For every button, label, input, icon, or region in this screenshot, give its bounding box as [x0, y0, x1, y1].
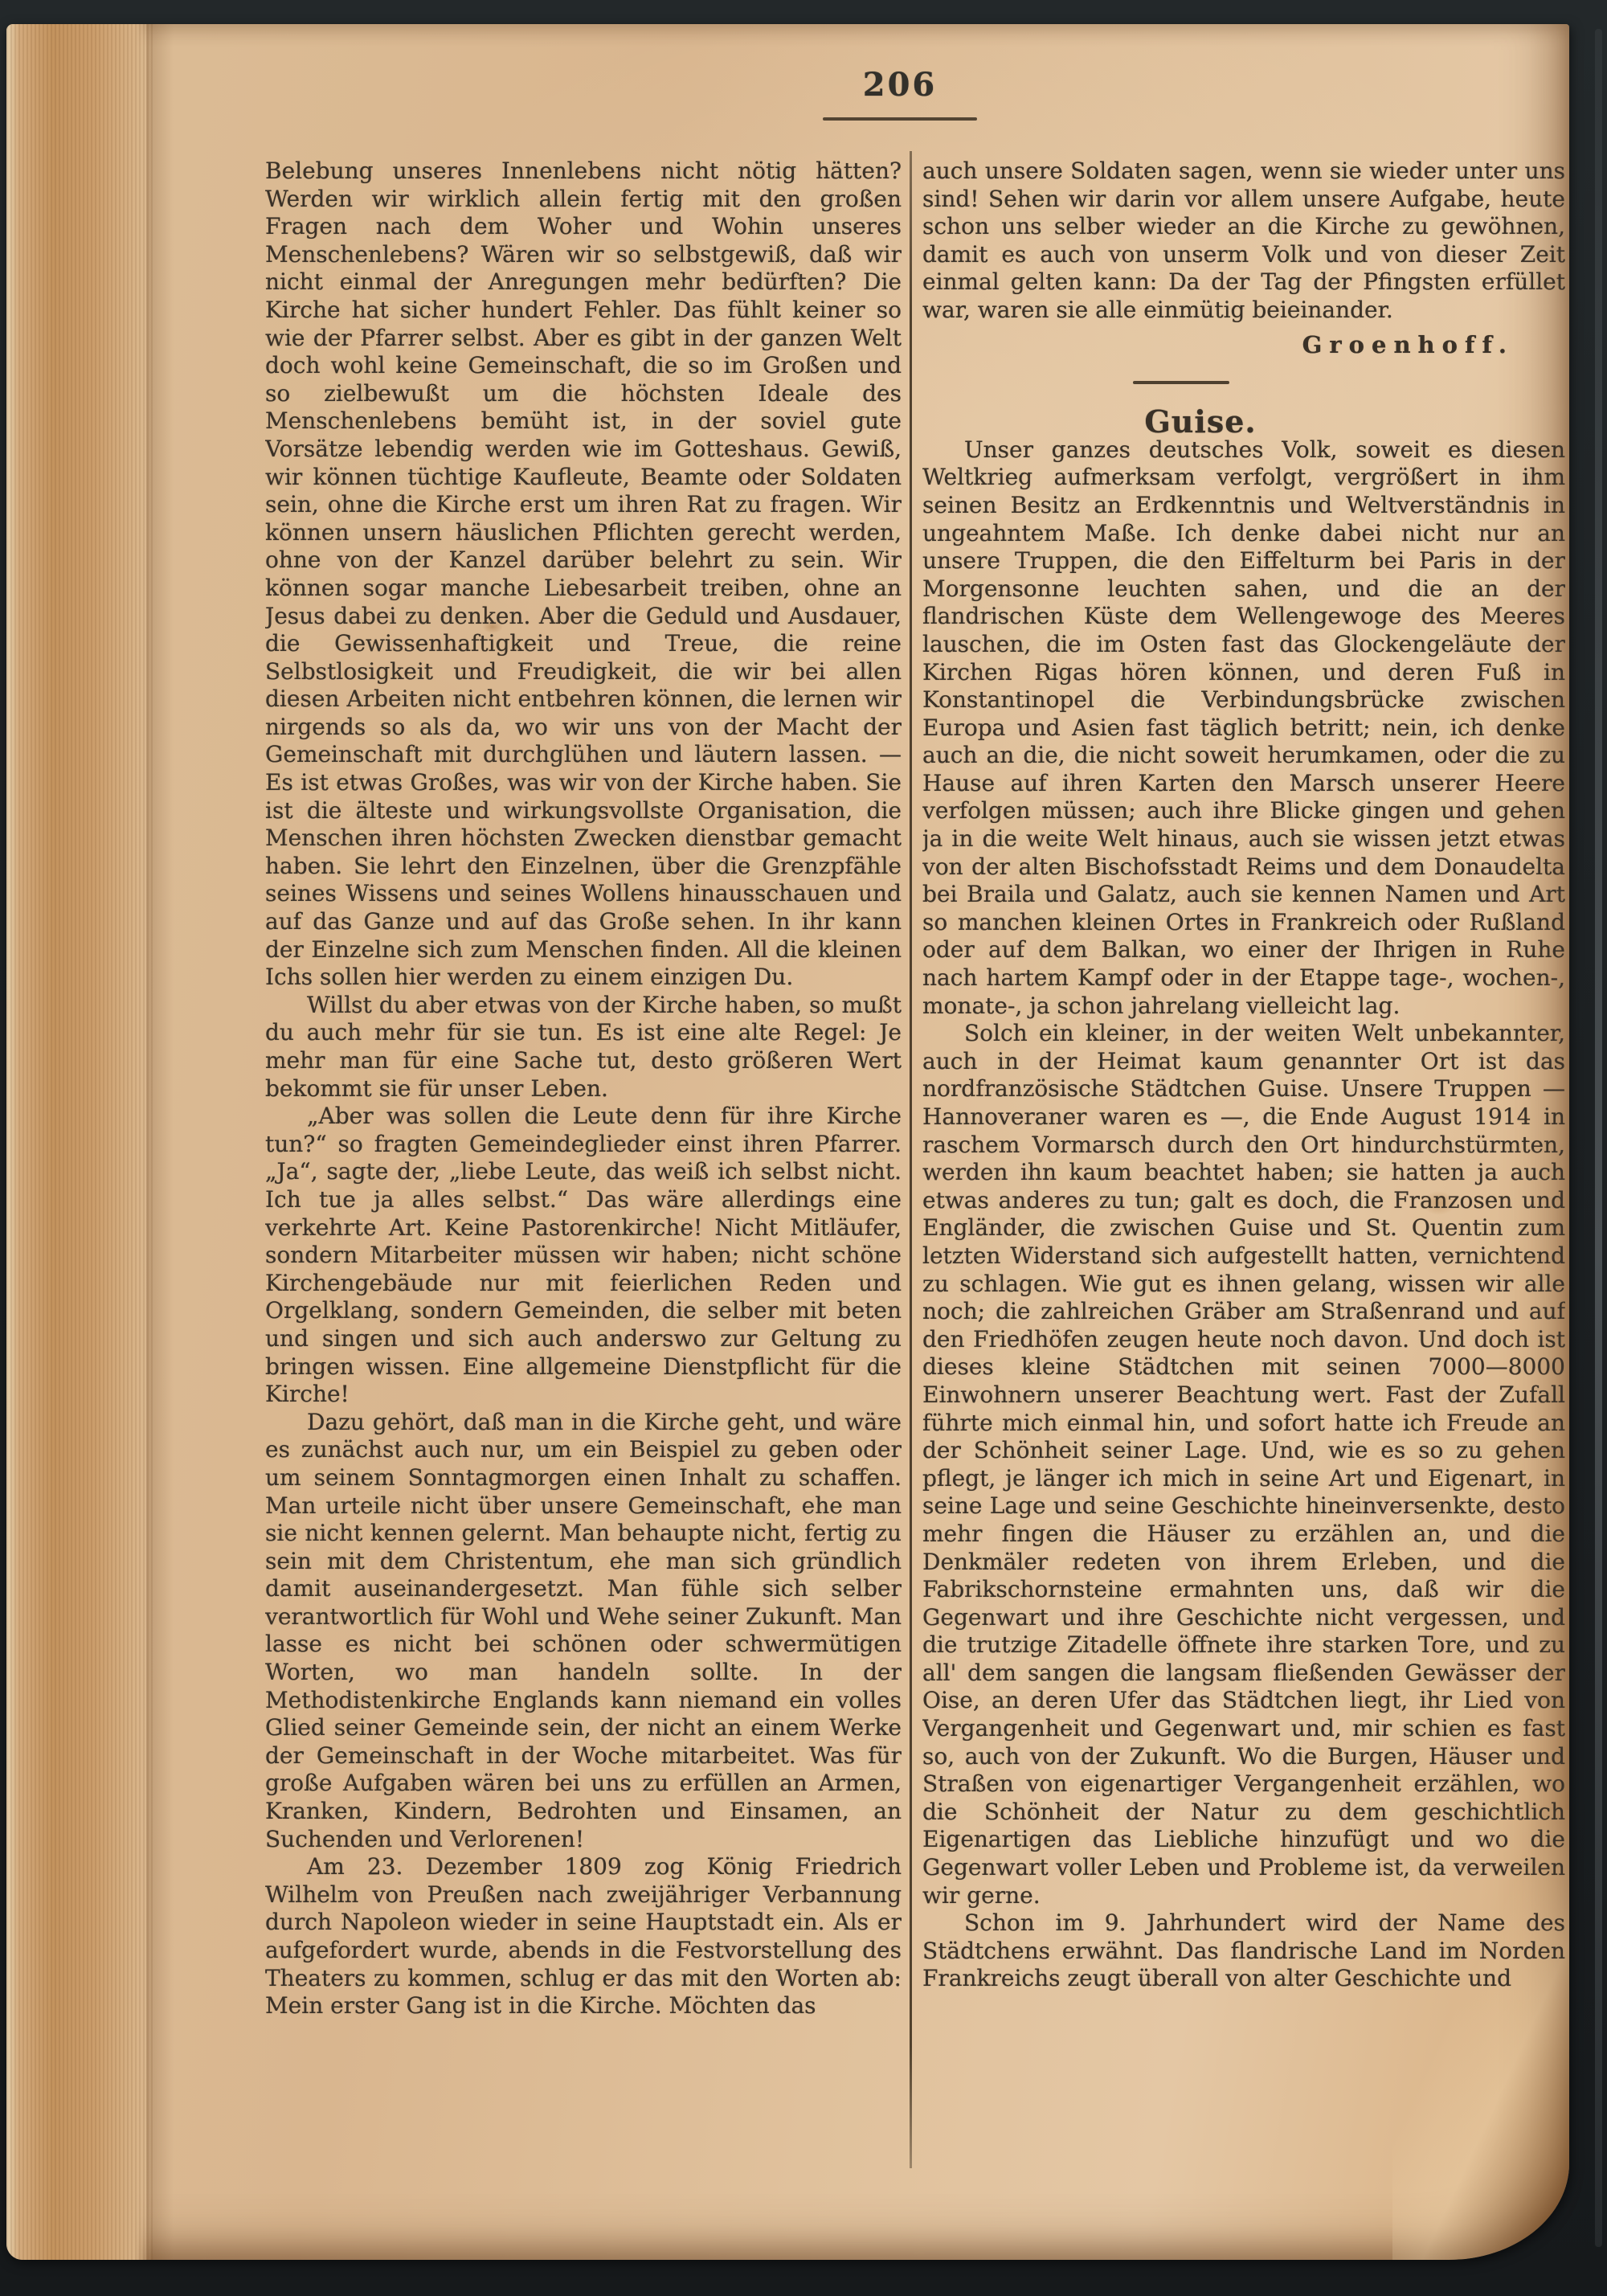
paragraph: „Aber was sollen die Leute denn für ihre… [265, 1103, 902, 1409]
paragraph: Belebung unseres Innenlebens nicht nötig… [265, 158, 902, 992]
paragraph: Am 23. Dezember 1809 zog König Friedrich… [265, 1853, 902, 2020]
column-divider [910, 151, 912, 2168]
author-signature: Groenhoff. [922, 331, 1565, 359]
paragraph: Dazu gehört, daß man in die Kirche geht,… [265, 1409, 902, 1854]
book-cover: { "page": { "number": "206" }, "left_col… [0, 0, 1607, 2296]
section-heading: Guise. [922, 408, 1565, 436]
page: 206 Belebung unseres Innenlebens nicht n… [6, 24, 1569, 2260]
paragraph: Solch ein kleiner, in der weiten Welt un… [922, 1020, 1565, 1909]
paragraph: Schon im 9. Jahrhundert wird der Name de… [922, 1909, 1565, 1993]
paragraph: Willst du aber etwas von der Kirche habe… [265, 992, 902, 1103]
page-number: 206 [863, 66, 938, 104]
page-number-underline [823, 117, 977, 121]
paragraph: auch unsere Soldaten sagen, wenn sie wie… [922, 158, 1565, 325]
paragraph: Unser ganzes deutsches Volk, soweit es d… [922, 436, 1565, 1020]
cover-edge-highlight [1595, 29, 1602, 2247]
right-column: auch unsere Soldaten sagen, wenn sie wie… [922, 158, 1565, 2183]
left-column: Belebung unseres Innenlebens nicht nötig… [265, 158, 902, 2183]
section-divider-rule [1133, 381, 1229, 384]
page-edge-band [6, 24, 153, 2260]
